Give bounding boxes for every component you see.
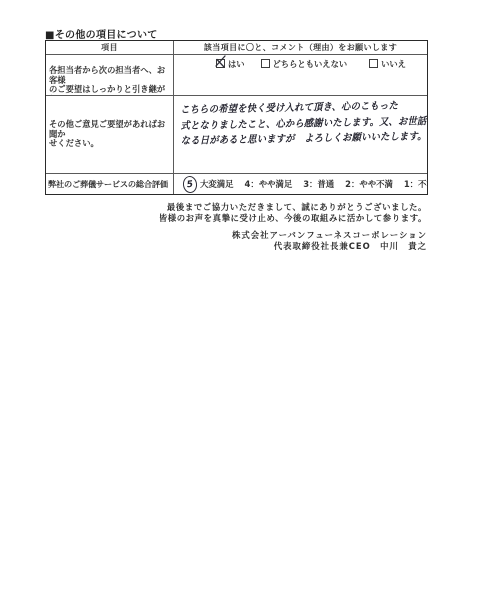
checkbox-option-no: いいえ: [369, 58, 406, 70]
checkbox-yes-label: はい: [228, 59, 245, 69]
rating-label: 弊社のご葬儀サービスの総合評価: [46, 173, 174, 194]
rating-option-5-label: 大変満足: [200, 178, 234, 190]
question-handover-line: 各担当者から次の担当者へ、お客様: [49, 66, 170, 85]
rating-option-3: 3：普通: [303, 178, 334, 190]
survey-table: 項目 該当項目に〇と、コメント（理由）をお願いします 各担当者から次の担当者へ、…: [45, 40, 428, 195]
table-header-item: 項目: [46, 41, 174, 54]
footer-signature: 代表取締役社長兼CEO 中川 貴之: [232, 241, 427, 252]
checkbox-option-yes: はい: [216, 58, 245, 70]
handwritten-check-icon: [214, 55, 228, 70]
rating-scale-row: 5 大変満足 4：やや満足 3：普通 2：やや不満 1：不満: [174, 173, 427, 194]
footer-company-name: 株式会社アーバンフューネスコーポレーション: [232, 230, 427, 241]
answer-options-row: はい どちらともいえない いいえ: [174, 54, 427, 95]
footer-company-block: 株式会社アーバンフューネスコーポレーション 代表取締役社長兼CEO 中川 貴之: [232, 230, 427, 252]
checkbox-option-neutral: どちらともいえない: [261, 58, 348, 70]
question-handover-line: のご要望はしっかりと引き継がれて: [49, 85, 170, 95]
question-comments-line: せください。: [49, 139, 170, 149]
page-title: ■その他の項目について: [45, 26, 158, 41]
footer-thanks-line: 最後までご協力いただきまして、誠にありがとうございました。: [159, 202, 427, 213]
footer-thanks-line: 皆様のお声を真摯に受け止め、今後の取組みに活かして参ります。: [159, 213, 427, 224]
rating-option-1: 1：不満: [404, 178, 427, 190]
checkbox-no-box: [369, 59, 378, 68]
question-handover-label: 各担当者から次の担当者へ、お客様 のご要望はしっかりと引き継がれて おりましたか…: [46, 54, 174, 95]
handwritten-answer-cell: こちらの希望を快く受け入れて頂き、心のこもった 式となりましたこと、心から感謝い…: [174, 95, 427, 173]
rating-option-2: 2：やや不満: [345, 178, 393, 190]
rating-option-4: 4：やや満足: [245, 178, 293, 190]
handwritten-line: なる日があると思いますが よろしくお願いいたします。: [181, 129, 411, 149]
checkbox-no-label: いいえ: [381, 59, 406, 69]
question-comments-line: その他ご意見ご要望があればお聞か: [49, 120, 170, 139]
selected-rating-circle: 5: [182, 175, 198, 194]
handwritten-answer: こちらの希望を快く受け入れて頂き、心のこもった 式となりましたこと、心から感謝い…: [174, 95, 427, 149]
checkbox-neutral-label: どちらともいえない: [273, 59, 348, 69]
checkbox-neutral-box: [261, 59, 270, 68]
footer-thanks: 最後までご協力いただきまして、誠にありがとうございました。 皆様のお声を真摯に受…: [159, 202, 427, 224]
table-header-comment: 該当項目に〇と、コメント（理由）をお願いします: [174, 41, 427, 54]
scanned-survey-document: ■その他の項目について 項目 該当項目に〇と、コメント（理由）をお願いします 各…: [0, 0, 480, 600]
question-comments-label: その他ご意見ご要望があればお聞か せください。: [46, 95, 174, 173]
checkbox-yes-box: [216, 59, 225, 68]
